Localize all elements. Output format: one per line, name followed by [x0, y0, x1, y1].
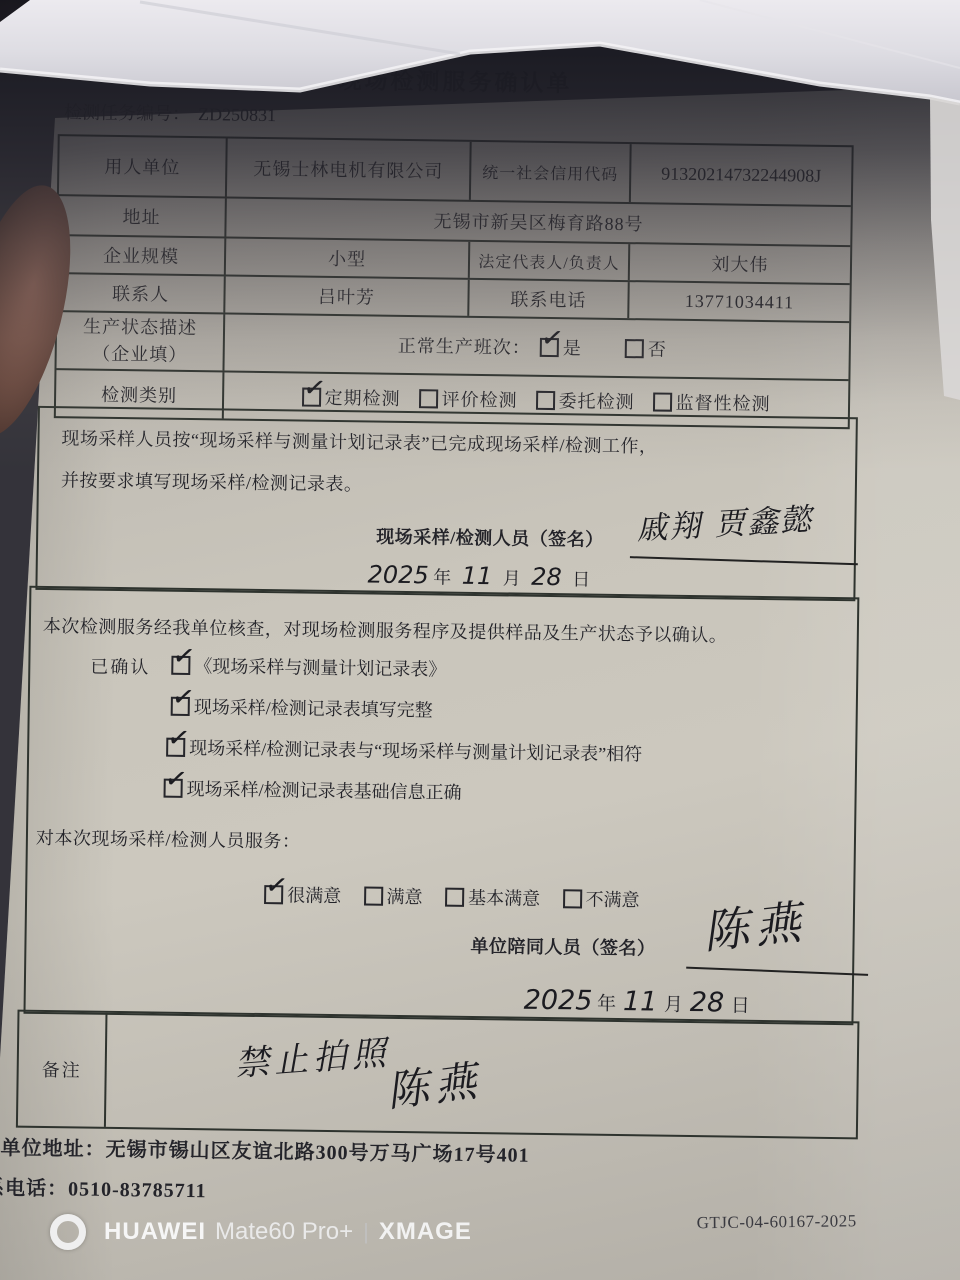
option-satisfied: 满意 — [363, 882, 422, 909]
watermark-model: Mate60 Pro+ — [215, 1218, 353, 1246]
watermark-brand: HUAWEI — [104, 1218, 206, 1246]
sampler-date: 2025 年 11 月 28 日 — [367, 562, 590, 591]
checkbox-unsatisfied — [563, 889, 582, 908]
checkbox-satisfied — [364, 886, 383, 905]
unit-address: 本单位地址：无锡市锡山区友谊北路300号万马广场17号401 — [0, 1131, 530, 1168]
option-unsatisfied: 不满意 — [562, 885, 639, 912]
remark-handwriting: 禁止拍照 — [234, 1036, 392, 1081]
accompanying-signature-handwriting: 陈燕 — [701, 898, 809, 955]
check-mark-icon: ✓ — [165, 723, 192, 753]
remark-row: 备注 禁止拍照 陈燕 — [16, 1010, 860, 1140]
confirmed-label: 已确认 — [90, 653, 150, 680]
confirmation-box: 本次检测服务经我单位核查，对现场检测服务程序及提供样品及生产状态予以确认。 已确… — [23, 586, 859, 1026]
option-basically-satisfied: 基本满意 — [445, 884, 540, 911]
confirm-item: ✓ 现场采样/检测记录表与“现场采样与测量计划记录表”相符 — [157, 734, 651, 768]
check-mark-icon: ✓ — [263, 870, 290, 900]
accompanying-sign-label: 单位陪同人员（签名） — [470, 932, 655, 961]
camera-watermark: HUAWEI Mate60 Pro+ | XMAGE — [50, 1214, 472, 1250]
unit-phone: 联系电话：0510-83785711 — [0, 1171, 207, 1203]
check-mark-icon: ✓ — [170, 641, 197, 671]
sampling-statement-box: 现场采样人员按“现场采样与测量计划记录表”已完成现场采样/检测工作， 并按要求填… — [35, 406, 857, 601]
photo-of-document: 现场检测服务确认单 检测任务编号：ZD250831 用人单位 无锡士林电机有限公… — [0, 0, 960, 1280]
watermark-separator: | — [363, 1219, 369, 1245]
confirm-item: ✓ 现场采样/检测记录表填写完整 — [162, 693, 442, 724]
statement-line1: 现场采样人员按“现场采样与测量计划记录表”已完成现场采样/检测工作， — [61, 424, 657, 458]
remark-signature-handwriting: 陈燕 — [384, 1060, 485, 1114]
service-rating-label: 对本次现场采样/检测人员服务： — [36, 824, 301, 854]
accompanying-date: 2025 年 11 月 28 日 — [524, 987, 751, 1018]
camera-ring-icon — [50, 1214, 86, 1250]
confirmation-intro: 本次检测服务经我单位核查，对现场检测服务程序及提供样品及生产状态予以确认。 — [43, 612, 728, 648]
checkbox-very-satisfied-checked: ✓ — [264, 885, 283, 904]
checkbox-plan-record-checked: ✓ — [171, 655, 190, 674]
check-mark-icon: ✓ — [170, 682, 197, 712]
watermark-xmage: XMAGE — [379, 1218, 472, 1246]
confirm-item: ✓ 《现场采样与测量计划记录表》 — [162, 652, 455, 684]
checkbox-basically-satisfied — [445, 887, 464, 906]
form-code: GTJC-04-60167-2025 — [697, 1211, 857, 1233]
statement-line2: 并按要求填写现场采样/检测记录表。 — [61, 466, 363, 496]
remark-content: 禁止拍照 陈燕 — [106, 1013, 858, 1137]
sampler-sign-label: 现场采样/检测人员（签名） — [376, 523, 604, 552]
signature-underline — [630, 556, 858, 565]
checkbox-basic-info-checked: ✓ — [164, 778, 183, 797]
check-mark-icon: ✓ — [163, 764, 190, 794]
satisfaction-options: ✓ 很满意 满意 基本满意 不满意 — [255, 881, 649, 914]
option-very-satisfied: ✓ 很满意 — [264, 881, 341, 908]
signature-underline — [686, 967, 868, 976]
curled-page — [0, 0, 960, 420]
checkbox-record-complete-checked: ✓ — [171, 696, 190, 715]
remark-label: 备注 — [18, 1012, 108, 1127]
sampler-signature-handwriting: 戚翔 贾鑫懿 — [636, 505, 814, 546]
checkbox-record-match-checked: ✓ — [166, 737, 185, 756]
confirm-item: ✓ 现场采样/检测记录表基础信息正确 — [154, 775, 470, 807]
